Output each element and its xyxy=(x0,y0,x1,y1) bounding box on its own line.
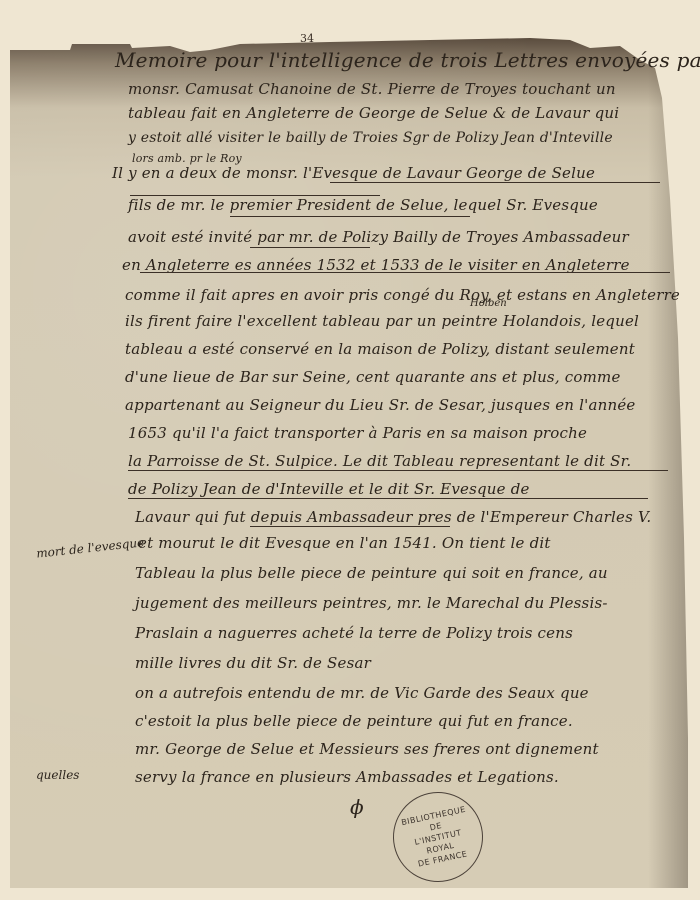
text-line: mille livres du dit Sr. de Sesar xyxy=(135,654,371,672)
text-line: y estoit allé visiter le bailly de Troie… xyxy=(128,130,613,146)
underline xyxy=(140,272,670,273)
text-line: monsr. Camusat Chanoine de St. Pierre de… xyxy=(128,80,616,98)
underline xyxy=(128,498,648,499)
text-line: 1653 qu'il l'a faict transporter à Paris… xyxy=(128,424,587,442)
underline xyxy=(128,470,668,471)
text-line: c'estoit la plus belle piece de peinture… xyxy=(135,712,573,730)
text-line: fils de mr. le premier President de Selu… xyxy=(128,196,598,214)
text-line: la Parroisse de St. Sulpice. Le dit Tabl… xyxy=(128,452,631,470)
text-line: et mourut le dit Evesque en l'an 1541. O… xyxy=(138,534,551,552)
text-line: Tableau la plus belle piece de peinture … xyxy=(135,564,608,582)
text-line: appartenant au Seigneur du Lieu Sr. de S… xyxy=(125,396,635,414)
text-line: de Polizy Jean de d'Inteville et le dit … xyxy=(128,480,530,498)
paraph-mark: ϕ xyxy=(350,795,364,819)
underline xyxy=(330,182,660,183)
text-line: comme il fait apres en avoir pris congé … xyxy=(125,286,680,304)
text-line: tableau a esté conservé en la maison de … xyxy=(125,340,635,358)
text-line: jugement des meilleurs peintres, mr. le … xyxy=(135,594,608,612)
text-line: avoit esté invité par mr. de Polizy Bail… xyxy=(128,228,629,246)
text-line: Praslain a naguerres acheté la terre de … xyxy=(135,624,573,642)
page-number: 34 xyxy=(300,32,314,45)
text-line: on a autrefois entendu de mr. de Vic Gar… xyxy=(135,684,589,702)
text-line: mr. George de Selue et Messieurs ses fre… xyxy=(135,740,599,758)
underline xyxy=(250,526,450,527)
text-line: servy la france en plusieurs Ambassades … xyxy=(135,768,559,786)
interlinear-note: Holben xyxy=(470,298,507,309)
text-line: Lavaur qui fut depuis Ambassadeur pres d… xyxy=(135,508,651,526)
margin-note: quelles xyxy=(36,768,79,782)
text-line: tableau fait en Angleterre de George de … xyxy=(128,104,619,122)
underline xyxy=(230,216,470,217)
text-line: d'une lieue de Bar sur Seine, cent quara… xyxy=(125,368,621,386)
underline xyxy=(250,247,370,248)
text-line: Il y en a deux de monsr. l'Evesque de La… xyxy=(112,164,595,182)
title-line: Memoire pour l'intelligence de trois Let… xyxy=(115,48,700,72)
text-line: ils firent faire l'excellent tableau par… xyxy=(125,312,639,330)
